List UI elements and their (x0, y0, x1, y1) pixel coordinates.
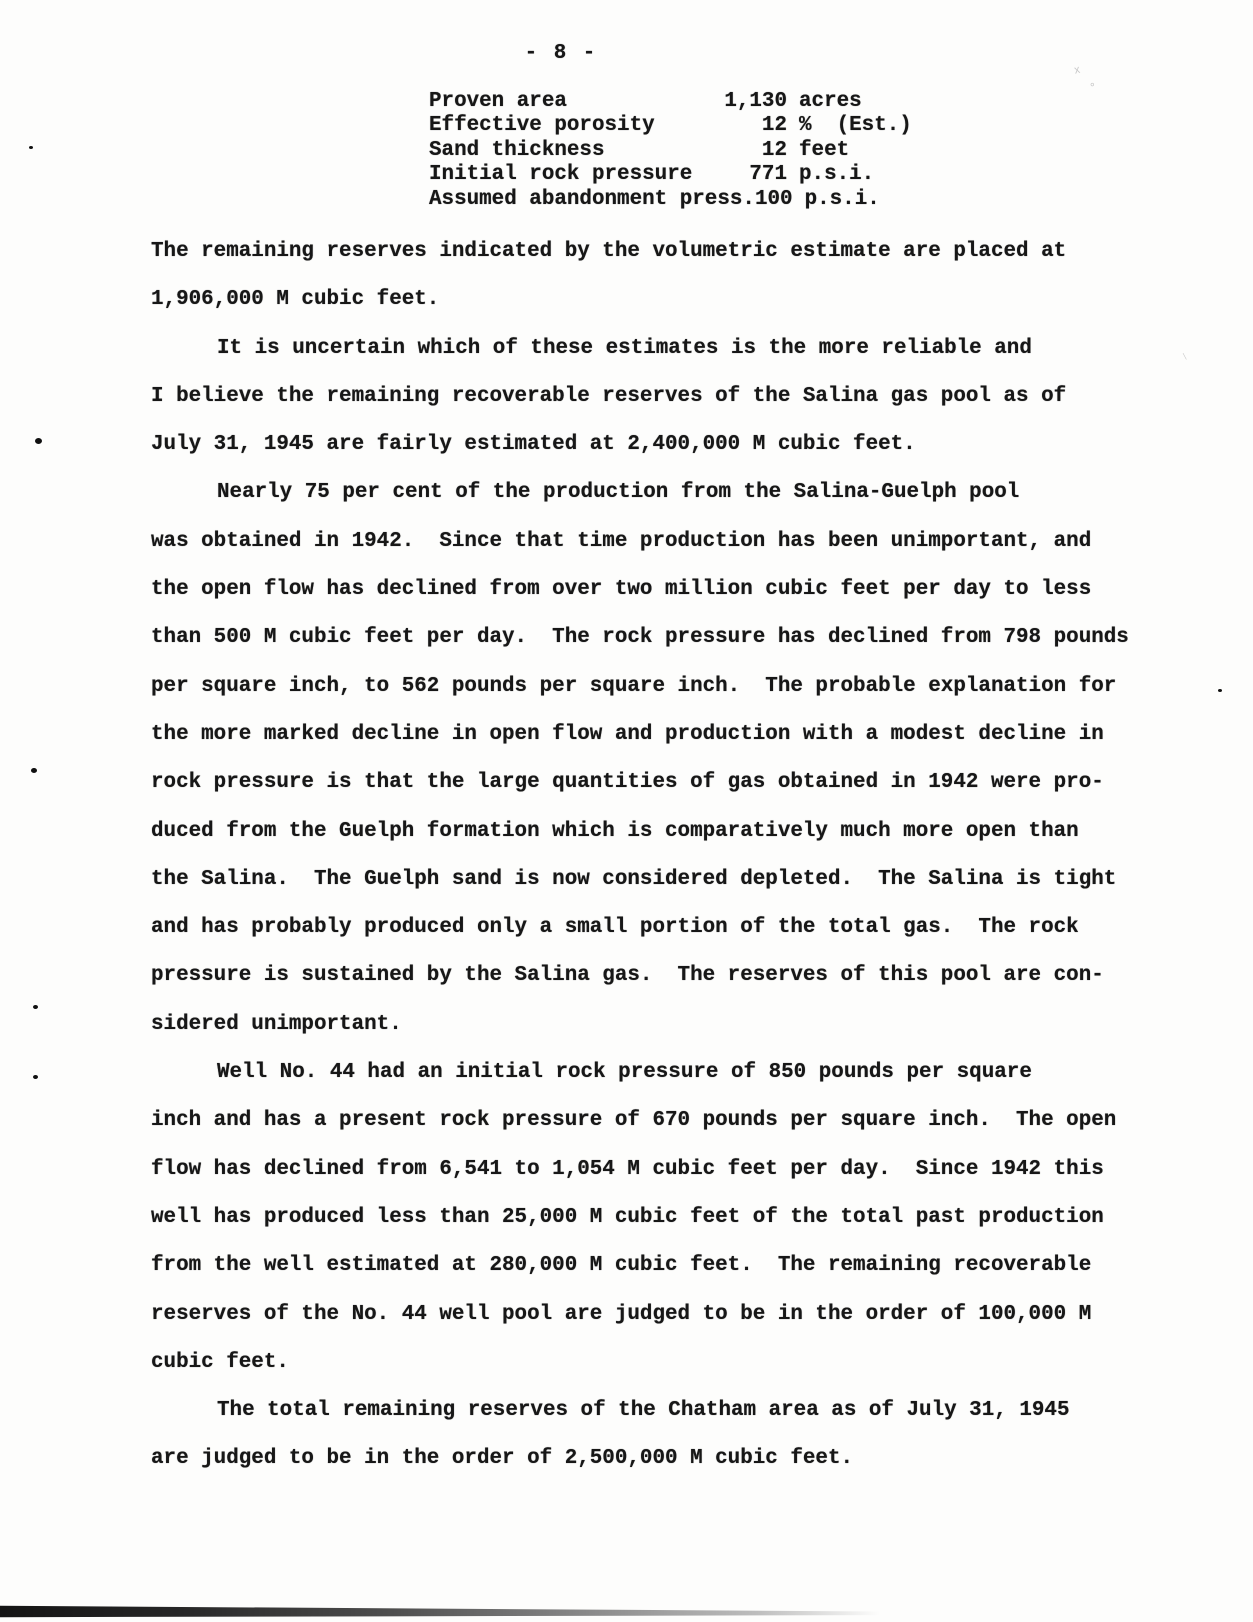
pencil-mark: ∘ (1089, 78, 1096, 92)
spec-label: Sand thickness (429, 139, 715, 163)
pencil-mark: ˣ (1071, 63, 1084, 83)
spec-value-unit: % (Est.) (799, 114, 912, 138)
text-line: pressure is sustained by the Salina gas.… (151, 952, 1181, 1000)
scan-speck (29, 146, 33, 149)
text-line: the open flow has declined from over two… (151, 566, 1181, 614)
spec-row: Sand thickness12feet (429, 139, 912, 163)
spec-value-unit: p.s.i. (805, 188, 880, 212)
text-line: I believe the remaining recoverable rese… (151, 373, 1181, 421)
text-line: It is uncertain which of these estimates… (151, 325, 1181, 373)
text-line: rock pressure is that the large quantiti… (151, 759, 1181, 807)
text-line: than 500 M cubic feet per day. The rock … (151, 614, 1181, 662)
page-number: - 8 - (0, 42, 1122, 65)
text-line: reserves of the No. 44 well pool are jud… (151, 1291, 1181, 1339)
text-line: The total remaining reserves of the Chat… (151, 1387, 1181, 1435)
scan-speck (35, 438, 42, 444)
text-line: the Salina. The Guelph sand is now consi… (151, 856, 1181, 904)
text-line: duced from the Guelph formation which is… (151, 808, 1181, 856)
spec-value-unit: feet (799, 139, 849, 163)
body-text: The remaining reserves indicated by the … (151, 228, 1181, 1484)
text-line: inch and has a present rock pressure of … (151, 1097, 1181, 1145)
spec-value-number: 100 (755, 188, 793, 212)
spec-label: Assumed abandonment press. (429, 188, 755, 212)
scan-speck (33, 1005, 38, 1009)
text-line: July 31, 1945 are fairly estimated at 2,… (151, 421, 1181, 469)
spec-label: Proven area (429, 90, 715, 114)
spec-row: Effective porosity12% (Est.) (429, 114, 912, 138)
text-line: well has produced less than 25,000 M cub… (151, 1194, 1181, 1242)
spec-value-unit: acres (799, 90, 862, 114)
text-line: the more marked decline in open flow and… (151, 711, 1181, 759)
spec-row: Proven area1,130acres (429, 90, 912, 114)
paragraph: Well No. 44 had an initial rock pressure… (151, 1049, 1181, 1387)
spec-value-number: 12 (715, 114, 787, 138)
spec-value-unit: p.s.i. (799, 163, 874, 187)
text-line: The remaining reserves indicated by the … (151, 228, 1181, 276)
spec-value-number: 771 (715, 163, 787, 187)
text-line: sidered unimportant. (151, 1001, 1181, 1049)
spec-label: Initial rock pressure (429, 163, 715, 187)
text-line: 1,906,000 M cubic feet. (151, 276, 1181, 324)
text-line: Well No. 44 had an initial rock pressure… (151, 1049, 1181, 1097)
text-line: flow has declined from 6,541 to 1,054 M … (151, 1146, 1181, 1194)
text-line: and has probably produced only a small p… (151, 904, 1181, 952)
paragraph: Nearly 75 per cent of the production fro… (151, 469, 1181, 1049)
paragraph: It is uncertain which of these estimates… (151, 325, 1181, 470)
spec-value-number: 1,130 (715, 90, 787, 114)
text-line: are judged to be in the order of 2,500,0… (151, 1435, 1181, 1483)
text-line: from the well estimated at 280,000 M cub… (151, 1242, 1181, 1290)
scan-speck (33, 1075, 38, 1079)
paragraph: The total remaining reserves of the Chat… (151, 1387, 1181, 1484)
text-line: Nearly 75 per cent of the production fro… (151, 469, 1181, 517)
spec-table: Proven area1,130acresEffective porosity1… (429, 90, 912, 212)
text-line: cubic feet. (151, 1339, 1181, 1387)
document-page: - 8 - Proven area1,130acresEffective por… (0, 0, 1253, 1622)
scan-speck (31, 768, 37, 773)
text-line: per square inch, to 562 pounds per squar… (151, 663, 1181, 711)
spec-value-number: 12 (715, 139, 787, 163)
scan-edge-artifact (0, 1605, 880, 1618)
spec-row: Assumed abandonment press.100p.s.i. (429, 188, 912, 212)
text-line: was obtained in 1942. Since that time pr… (151, 518, 1181, 566)
scan-speck (1218, 689, 1222, 692)
spec-row: Initial rock pressure771p.s.i. (429, 163, 912, 187)
spec-label: Effective porosity (429, 114, 715, 138)
paragraph: The remaining reserves indicated by the … (151, 228, 1181, 325)
